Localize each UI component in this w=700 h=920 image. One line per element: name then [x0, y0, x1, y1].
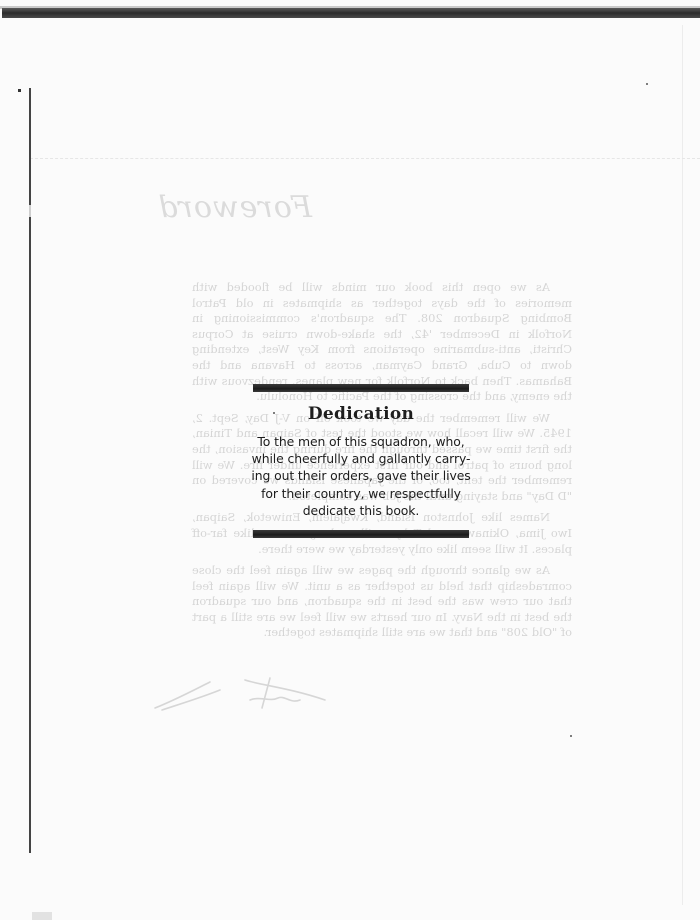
left-margin-rule-gap	[29, 205, 31, 217]
scan-speck	[570, 735, 572, 737]
bleed-through-signature-icon	[150, 670, 370, 715]
scan-top-edge-bar	[2, 8, 700, 18]
dedication-line: dedicate this book.	[248, 502, 474, 519]
dedication-bottom-rule	[253, 530, 469, 538]
dedication-top-rule	[253, 384, 469, 392]
dedication-line: while cheerfully and gallantly carry-	[248, 450, 474, 467]
scan-speck	[18, 89, 21, 92]
bleed-paragraph: As we glance through the pages we will a…	[192, 563, 572, 641]
left-margin-rule	[29, 88, 31, 853]
dedication-title: Dedication	[253, 404, 469, 424]
dedication-text: To the men of this squadron, who, while …	[248, 433, 474, 519]
scan-speck	[273, 412, 275, 414]
page-fold-line	[682, 25, 683, 905]
dedication-line: ing out their orders, gave their lives	[248, 467, 474, 484]
dedication-line: for their country, we respectfully	[248, 485, 474, 502]
bleed-through-title: Foreword	[172, 200, 312, 216]
horizontal-fold-line	[30, 158, 700, 160]
scan-bottom-mark	[32, 912, 52, 920]
scan-speck	[646, 83, 648, 85]
dedication-line: To the men of this squadron, who,	[248, 433, 474, 450]
